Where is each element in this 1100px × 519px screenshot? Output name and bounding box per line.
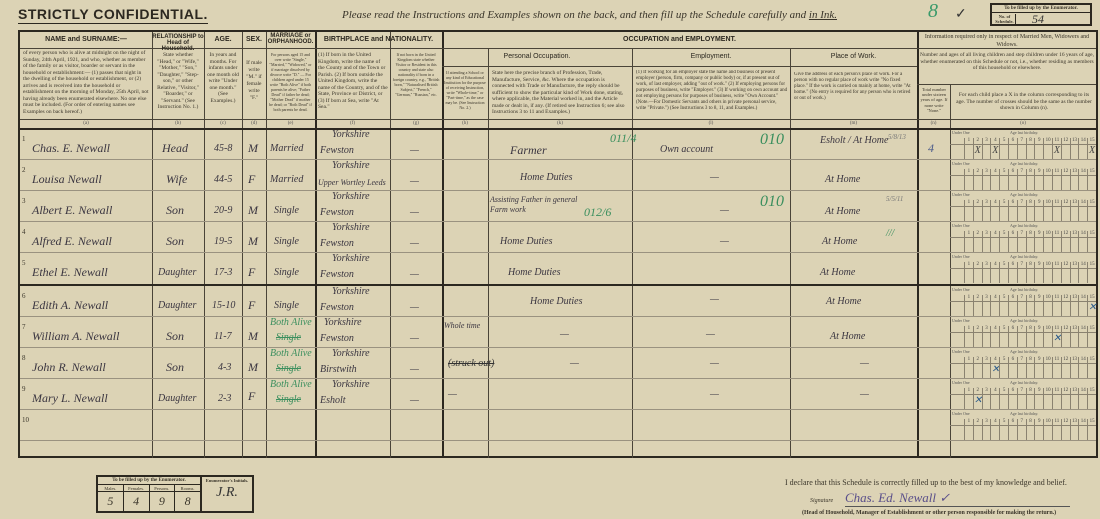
age-grid-row-8: Under OneAge last birthday.1234✕56789101… <box>950 348 1096 379</box>
col-b-title: RELATIONSHIP to Head of Household. <box>152 34 204 52</box>
row-number: 6 <box>22 292 26 300</box>
children-total: 4 <box>928 141 934 156</box>
name-cell: Chas. E. Newall <box>32 141 110 156</box>
place-of-work-cell: At Home <box>826 296 861 307</box>
marriage-cell: Single <box>276 394 301 405</box>
schedule-number: 54 <box>1032 12 1044 27</box>
age-grid-row-2: Under OneAge last birthday.1234567891011… <box>950 160 1096 191</box>
relationship-cell: Daughter <box>158 393 196 404</box>
town-cell: Esholt <box>320 395 346 406</box>
marriage-cell: Single <box>274 236 299 247</box>
age-grid-row-6: Under OneAge last birthday.1234567891011… <box>950 286 1096 317</box>
col-letter: (f) <box>315 121 390 126</box>
county-cell: Yorkshire <box>332 286 370 297</box>
nationality-cell: — <box>410 207 419 218</box>
males-cell: Males.5 <box>98 485 124 511</box>
col-l-instructions: (1) If working for an employer state the… <box>636 70 788 118</box>
table-row: 2 Louisa Newall Wife 44-5 F Married York… <box>20 160 1096 191</box>
enumerator-initials-box: Enumerator's Initials. J.R. <box>202 475 254 513</box>
county-cell: Yorkshire <box>332 348 370 359</box>
county-cell: Yorkshire <box>332 191 370 202</box>
county-cell: Yorkshire <box>324 317 362 328</box>
county-cell: Yorkshire <box>332 129 370 140</box>
signature-label: Signature <box>810 498 833 504</box>
age-grid-row-5: Under OneAge last birthday.1234567891011… <box>950 253 1096 284</box>
nationality-cell: — <box>410 302 419 313</box>
nationality-cell: — <box>410 364 419 375</box>
row-number: 7 <box>22 323 26 331</box>
marriage-correction: Both Alive <box>270 379 312 390</box>
age-cell: 2-3 <box>218 393 231 404</box>
blue-mark: ✕ <box>1053 333 1061 344</box>
age-grid-row-4: Under OneAge last birthday.1234567891011… <box>950 222 1096 253</box>
sex-cell: M <box>248 329 258 344</box>
rooms-cell: Rooms.8 <box>175 485 200 511</box>
age-grid-row-3: Under OneAge last birthday.1234567891011… <box>950 191 1096 222</box>
county-cell: Yorkshire <box>332 222 370 233</box>
row-number: 4 <box>22 228 26 236</box>
instructions-text: Please read the Instructions and Example… <box>342 9 806 21</box>
town-cell: Upper Wortley Leeds <box>318 178 386 187</box>
relationship-cell: Son <box>166 329 184 344</box>
employment-cell: — <box>710 294 719 305</box>
table-row: 8 John R. Newall Son 4-3 M Both Alive Si… <box>20 348 1096 379</box>
nationality-cell: — <box>410 333 419 344</box>
col-n-instructions: Total number under sixteen years of age.… <box>918 87 950 119</box>
name-cell: Albert E. Newall <box>32 203 112 218</box>
town-cell: Fewston <box>320 302 354 313</box>
town-cell: Fewston <box>320 333 354 344</box>
col-letter: (d) <box>242 121 266 126</box>
age-cell: 4-3 <box>218 362 231 373</box>
town-cell: Fewston <box>320 145 354 156</box>
row-number: 5 <box>22 259 26 267</box>
pencil-mark: 8 <box>928 0 938 23</box>
table-row: 4 Alfred E. Newall Son 19-5 M Single Yor… <box>20 222 1096 253</box>
enumerator-initials-label: Enumerator's Initials. <box>202 477 252 485</box>
instructions-emphasis: in Ink. <box>809 9 837 21</box>
employment-cell: Own account <box>660 144 713 155</box>
name-cell: Ethel E. Newall <box>32 265 108 280</box>
county-cell: Yorkshire <box>332 379 370 390</box>
age-cell: 44-5 <box>214 174 232 185</box>
table-row: 6 Edith A. Newall Daughter 15-10 F Singl… <box>20 286 1096 317</box>
employment-cell: — <box>710 389 719 400</box>
col-m-instructions: Give the address of each person's place … <box>794 72 914 118</box>
occupation-cell: — <box>570 358 579 369</box>
table-row: 5 Ethel E. Newall Daughter 17-3 F Single… <box>20 253 1096 284</box>
occupation-code: 011/4 <box>610 131 636 146</box>
col-e-instructions: For persons aged 15 and over write "Sing… <box>268 52 313 118</box>
col-letter: (a) <box>20 121 152 126</box>
place-of-work-cell: At Home <box>820 267 855 278</box>
sex-cell: F <box>248 389 255 404</box>
enumerator-totals-box: To be filled up by the Enumerator. Males… <box>96 475 202 513</box>
marriage-cell: Single <box>274 300 299 311</box>
age-cell: 17-3 <box>214 267 232 278</box>
col-a-instructions: of every person who is alive at midnight… <box>23 50 149 118</box>
relationship-cell: Daughter <box>158 300 196 311</box>
table-row: 9 Mary L. Newall Daughter 2-3 F Both Ali… <box>20 379 1096 410</box>
marriage-correction: Both Alive <box>270 317 312 328</box>
blue-mark: ✕ <box>1088 302 1096 313</box>
col-d-instructions: If male write "M." if female write "F." <box>244 60 264 118</box>
place-of-work-code: /// <box>886 228 894 239</box>
col-letter: (c) <box>204 121 242 126</box>
page-title: STRICTLY CONFIDENTIAL. <box>18 6 208 24</box>
instructions-line: Please read the Instructions and Example… <box>342 9 837 21</box>
married-info-title: Information required only in respect of … <box>920 34 1094 49</box>
town-cell: Fewston <box>320 269 354 280</box>
age-grid-row-7: Under OneAge last birthday.1234567891011… <box>950 317 1096 348</box>
row-number: 3 <box>22 197 26 205</box>
relationship-cell: Son <box>166 234 184 249</box>
row-number: 9 <box>22 385 26 393</box>
county-cell: Yorkshire <box>332 253 370 264</box>
col-letter: (e) <box>266 121 315 126</box>
name-cell: Edith A. Newall <box>32 298 108 313</box>
nationality-cell: — <box>410 176 419 187</box>
divider <box>442 66 917 67</box>
nationality-cell: — <box>410 145 419 156</box>
name-cell: Mary L. Newall <box>32 391 108 406</box>
row-number: 8 <box>22 354 26 362</box>
table-row: 7 William A. Newall Son 11-7 M Both Aliv… <box>20 317 1096 348</box>
col-e-title: MARRIAGE or ORPHANHOOD. <box>266 33 315 45</box>
sex-cell: F <box>248 265 255 280</box>
relationship-cell: Son <box>166 360 184 375</box>
sex-cell: M <box>248 360 258 375</box>
col-c-instructions: In years and months. For infants under o… <box>206 52 240 118</box>
nationality-cell: — <box>410 395 419 406</box>
age-label: Age last birthday. <box>1010 130 1038 135</box>
place-of-work-cell: — <box>860 389 869 400</box>
table-row: 10 <box>20 410 1096 441</box>
row-number: 2 <box>22 166 26 174</box>
sex-cell: F <box>248 298 255 313</box>
col-letter: (m) <box>790 121 917 126</box>
persons-cell: Persons.9 <box>150 485 176 511</box>
sex-cell: M <box>248 203 258 218</box>
census-table: NAME and SURNAME:— RELATIONSHIP to Head … <box>18 30 1098 458</box>
marriage-correction: Both Alive <box>270 348 312 359</box>
place-of-work-cell: At Home <box>830 331 865 342</box>
col-letter: (o) <box>950 121 1096 126</box>
marriage-cell: Married <box>270 143 303 154</box>
child-mark: X <box>974 145 982 156</box>
place-of-work-cell: — <box>860 358 869 369</box>
occupation-cell: Farmer <box>510 143 547 158</box>
occupation-cell: Assisting Father in general Farm work <box>490 195 580 215</box>
employment-cell: — <box>710 172 719 183</box>
census-schedule-page: STRICTLY CONFIDENTIAL. Please read the I… <box>0 0 1100 519</box>
nationality-cell: — <box>410 269 419 280</box>
place-of-work-cell: At Home <box>825 206 860 217</box>
children-info-text: Number and ages of all living children a… <box>920 52 1094 72</box>
occupation-cell: Home Duties <box>500 236 553 247</box>
employment-cell: — <box>720 205 729 216</box>
signature: Chas. Ed. Newall ✓ <box>845 490 1070 507</box>
place-of-work-cell: Esholt / At Home <box>820 135 888 146</box>
col-a-title: NAME and SURNAME:— <box>20 36 152 43</box>
enumerator-initials: J.R. <box>202 485 252 501</box>
sex-cell: M <box>248 141 258 156</box>
age-cell: 20-9 <box>214 205 232 216</box>
employment-cell: — <box>720 236 729 247</box>
employment-cell: — <box>710 358 719 369</box>
schedule-box-label: No. of Schedule. <box>994 14 1016 25</box>
marriage-cell: Single <box>276 363 301 374</box>
occupation-cell: Home Duties <box>508 267 561 278</box>
employment-code: 010 <box>760 193 784 211</box>
col-f-instructions: (1) If born in the United Kingdom, write… <box>318 52 388 118</box>
tick-mark-icon: ✓ <box>955 6 967 23</box>
place-of-work-code: 5/8/13 <box>888 133 906 141</box>
name-cell: John R. Newall <box>32 360 106 375</box>
females-cell: Females.4 <box>124 485 150 511</box>
blue-mark: ✕ <box>991 364 999 375</box>
school-cell: (struck out) <box>448 358 494 369</box>
name-cell: William A. Newall <box>32 329 119 344</box>
sex-cell: M <box>248 234 258 249</box>
col-letter: (n) <box>917 121 950 126</box>
county-cell: Yorkshire <box>332 160 370 171</box>
col-d-title: SEX. <box>242 36 266 43</box>
occupation-cell: Home Duties <box>530 296 583 307</box>
col-letter: (h) <box>442 121 488 126</box>
relationship-cell: Son <box>166 203 184 218</box>
nationality-cell: — <box>410 238 419 249</box>
col-m-title: Place of Work. <box>790 53 917 60</box>
under-one-label: Under One <box>952 130 970 135</box>
col-letter: (k) <box>488 121 632 126</box>
age-cell: 15-10 <box>212 300 235 311</box>
row-number: 1 <box>22 135 26 143</box>
age-cell: 11-7 <box>214 331 232 342</box>
enumerator-box-heading: To be filled up by the Enumerator. <box>98 477 200 485</box>
relationship-cell: Head <box>162 141 188 156</box>
child-mark: X <box>1088 145 1096 156</box>
row-number: 10 <box>22 416 29 424</box>
age-cell: 19-5 <box>214 236 232 247</box>
sex-cell: F <box>248 172 255 187</box>
marriage-cell: Single <box>274 267 299 278</box>
col-h-instructions: If attending a School or any kind of Edu… <box>444 70 486 118</box>
occupation-cell: — <box>560 329 569 340</box>
col-c-title: AGE. <box>204 36 242 43</box>
table-row: 1 Chas. E. Newall Head 45-8 M Married Yo… <box>20 129 1096 160</box>
occupation-group-title: OCCUPATION and EMPLOYMENT. <box>442 36 917 43</box>
relationship-cell: Daughter <box>158 267 196 278</box>
signature-note: (Head of Household, Manager of Establish… <box>802 510 1056 516</box>
town-cell: Birstwith <box>320 364 357 375</box>
col-f-title: BIRTHPLACE and NATIONALITY. <box>315 36 442 43</box>
schedule-number-box: To be filled up by the Enumerator. No. o… <box>990 3 1092 26</box>
town-cell: Fewston <box>320 238 354 249</box>
age-cell: 45-8 <box>214 143 232 154</box>
school-cell: Whole time <box>444 321 480 330</box>
table-row: 3 Albert E. Newall Son 20-9 M Single Yor… <box>20 191 1096 222</box>
divider <box>917 84 1096 85</box>
occupation-cell: Home Duties <box>520 172 573 183</box>
employment-cell: — <box>706 329 715 340</box>
age-grid-row-10: Under OneAge last birthday.1234567891011… <box>950 410 1096 441</box>
place-of-work-code: 5/5/11 <box>886 195 903 203</box>
marriage-cell: Single <box>276 332 301 343</box>
name-cell: Alfred E. Newall <box>32 234 112 249</box>
col-k-title: Personal Occupation. <box>442 53 632 60</box>
occupation-code: 012/6 <box>584 205 611 220</box>
blue-mark: ✕ <box>974 395 982 406</box>
child-mark: X <box>991 145 999 156</box>
col-letter: (l) <box>632 121 790 126</box>
col-b-instructions: State whether "Head," or "Wife," "Mother… <box>154 52 202 118</box>
school-cell: — <box>448 389 457 400</box>
col-k-instructions: State here the precise branch of Profess… <box>492 70 628 118</box>
col-g-instructions: If not born in the United Kingdom state … <box>392 52 440 118</box>
relationship-cell: Wife <box>166 172 187 187</box>
place-of-work-cell: At Home <box>822 236 857 247</box>
age-grid-row-9: Under OneAge last birthday.12✕3456789101… <box>950 379 1096 410</box>
declaration-text: I declare that this Schedule is correctl… <box>785 478 1067 487</box>
town-cell: Fewston <box>320 207 354 218</box>
name-cell: Louisa Newall <box>32 172 102 187</box>
age-grid-row-1: Under OneAge last birthday. 1 2X 3 4X 5 … <box>950 129 1096 160</box>
divider <box>20 119 1096 120</box>
marriage-cell: Single <box>274 205 299 216</box>
marriage-cell: Married <box>270 174 303 185</box>
child-mark: X <box>1053 145 1061 156</box>
col-letter: (g) <box>390 121 442 126</box>
col-o-instructions: For each child place a X in the column c… <box>954 92 1094 118</box>
place-of-work-cell: At Home <box>825 174 860 185</box>
employment-code: 010 <box>760 131 784 149</box>
col-letter: (b) <box>152 121 204 126</box>
col-l-title: Employment. <box>632 53 790 60</box>
